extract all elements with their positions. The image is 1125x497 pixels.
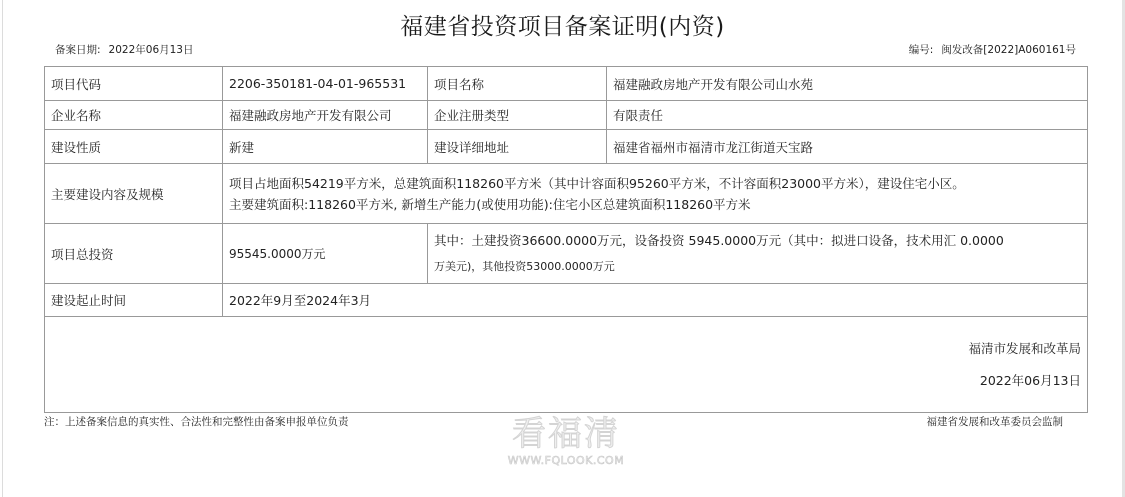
table-row: 项目总投资 95545.0000万元 其中：土建投资36600.0000万元，设… <box>45 224 1088 284</box>
signature-date: 2022年06月13日 <box>51 365 1081 397</box>
signature-row: 福清市发展和改革局 2022年06月13日 <box>45 317 1088 413</box>
signature-block: 福清市发展和改革局 2022年06月13日 <box>45 317 1088 413</box>
scale-line-1: 项目占地面积54219平方米，总建筑面积118260平方米（其中计容面积9526… <box>229 173 1081 194</box>
project-code-label: 项目代码 <box>45 67 223 101</box>
watermark-logo: 看福清 WWW.FQLOOK.COM <box>496 414 636 468</box>
table-row: 企业名称 福建融政房地产开发有限公司 企业注册类型 有限责任 <box>45 101 1088 130</box>
address-label: 建设详细地址 <box>428 130 607 164</box>
total-investment-value: 95545.0000万元 <box>223 224 428 284</box>
document-number-value: 闽发改备[2022]A060161号 <box>941 44 1076 56</box>
project-name-label: 项目名称 <box>428 67 607 101</box>
scale-line-2: 主要建筑面积:118260平方米, 新增生产能力(或使用功能):住宅小区总建筑面… <box>229 194 1081 215</box>
investment-detail-line-1: 其中：土建投资36600.0000万元，设备投资 5945.0000万元（其中：… <box>434 228 1081 254</box>
page-title: 福建省投资项目备案证明(内资) <box>0 8 1125 41</box>
construction-nature-label: 建设性质 <box>45 130 223 164</box>
registration-type-value: 有限责任 <box>607 101 1088 130</box>
project-code-value: 2206-350181-04-01-965531 <box>223 67 428 101</box>
company-name-label: 企业名称 <box>45 101 223 130</box>
watermark-text-en: WWW.FQLOOK.COM <box>496 454 636 468</box>
scale-label: 主要建设内容及规模 <box>45 164 223 224</box>
document-number: 编号:闽发改备[2022]A060161号 <box>909 42 1076 57</box>
period-value: 2022年9月至2024年3月 <box>223 284 1088 317</box>
table-row: 建设性质 新建 建设详细地址 福建省福州市福清市龙江街道天宝路 <box>45 130 1088 164</box>
table-row: 建设起止时间 2022年9月至2024年3月 <box>45 284 1088 317</box>
disclaimer-note: 注：上述备案信息的真实性、合法性和完整性由备案申报单位负责 <box>44 414 349 429</box>
page-edge-left <box>2 0 3 497</box>
filing-date-label: 备案日期: <box>55 44 101 56</box>
period-label: 建设起止时间 <box>45 284 223 317</box>
filing-table: 项目代码 2206-350181-04-01-965531 项目名称 福建融政房… <box>44 66 1088 413</box>
construction-nature-value: 新建 <box>223 130 428 164</box>
scale-value: 项目占地面积54219平方米，总建筑面积118260平方米（其中计容面积9526… <box>223 164 1088 224</box>
investment-detail-line-2: 万美元)，其他投资53000.0000万元 <box>434 254 1081 280</box>
issuing-authority: 福清市发展和改革局 <box>51 333 1081 365</box>
total-investment-label: 项目总投资 <box>45 224 223 284</box>
filing-date: 备案日期:2022年06月13日 <box>55 42 194 57</box>
project-name-value: 福建融政房地产开发有限公司山水苑 <box>607 67 1088 101</box>
investment-detail: 其中：土建投资36600.0000万元，设备投资 5945.0000万元（其中：… <box>428 224 1088 284</box>
company-name-value: 福建融政房地产开发有限公司 <box>223 101 428 130</box>
table-row: 项目代码 2206-350181-04-01-965531 项目名称 福建融政房… <box>45 67 1088 101</box>
filing-date-value: 2022年06月13日 <box>109 44 194 56</box>
address-value: 福建省福州市福清市龙江街道天宝路 <box>607 130 1088 164</box>
table-row: 主要建设内容及规模 项目占地面积54219平方米，总建筑面积118260平方米（… <box>45 164 1088 224</box>
supervised-by: 福建省发展和改革委员会监制 <box>927 414 1064 429</box>
registration-type-label: 企业注册类型 <box>428 101 607 130</box>
watermark-text-cn: 看福清 <box>496 414 636 454</box>
document-number-label: 编号: <box>909 44 934 56</box>
